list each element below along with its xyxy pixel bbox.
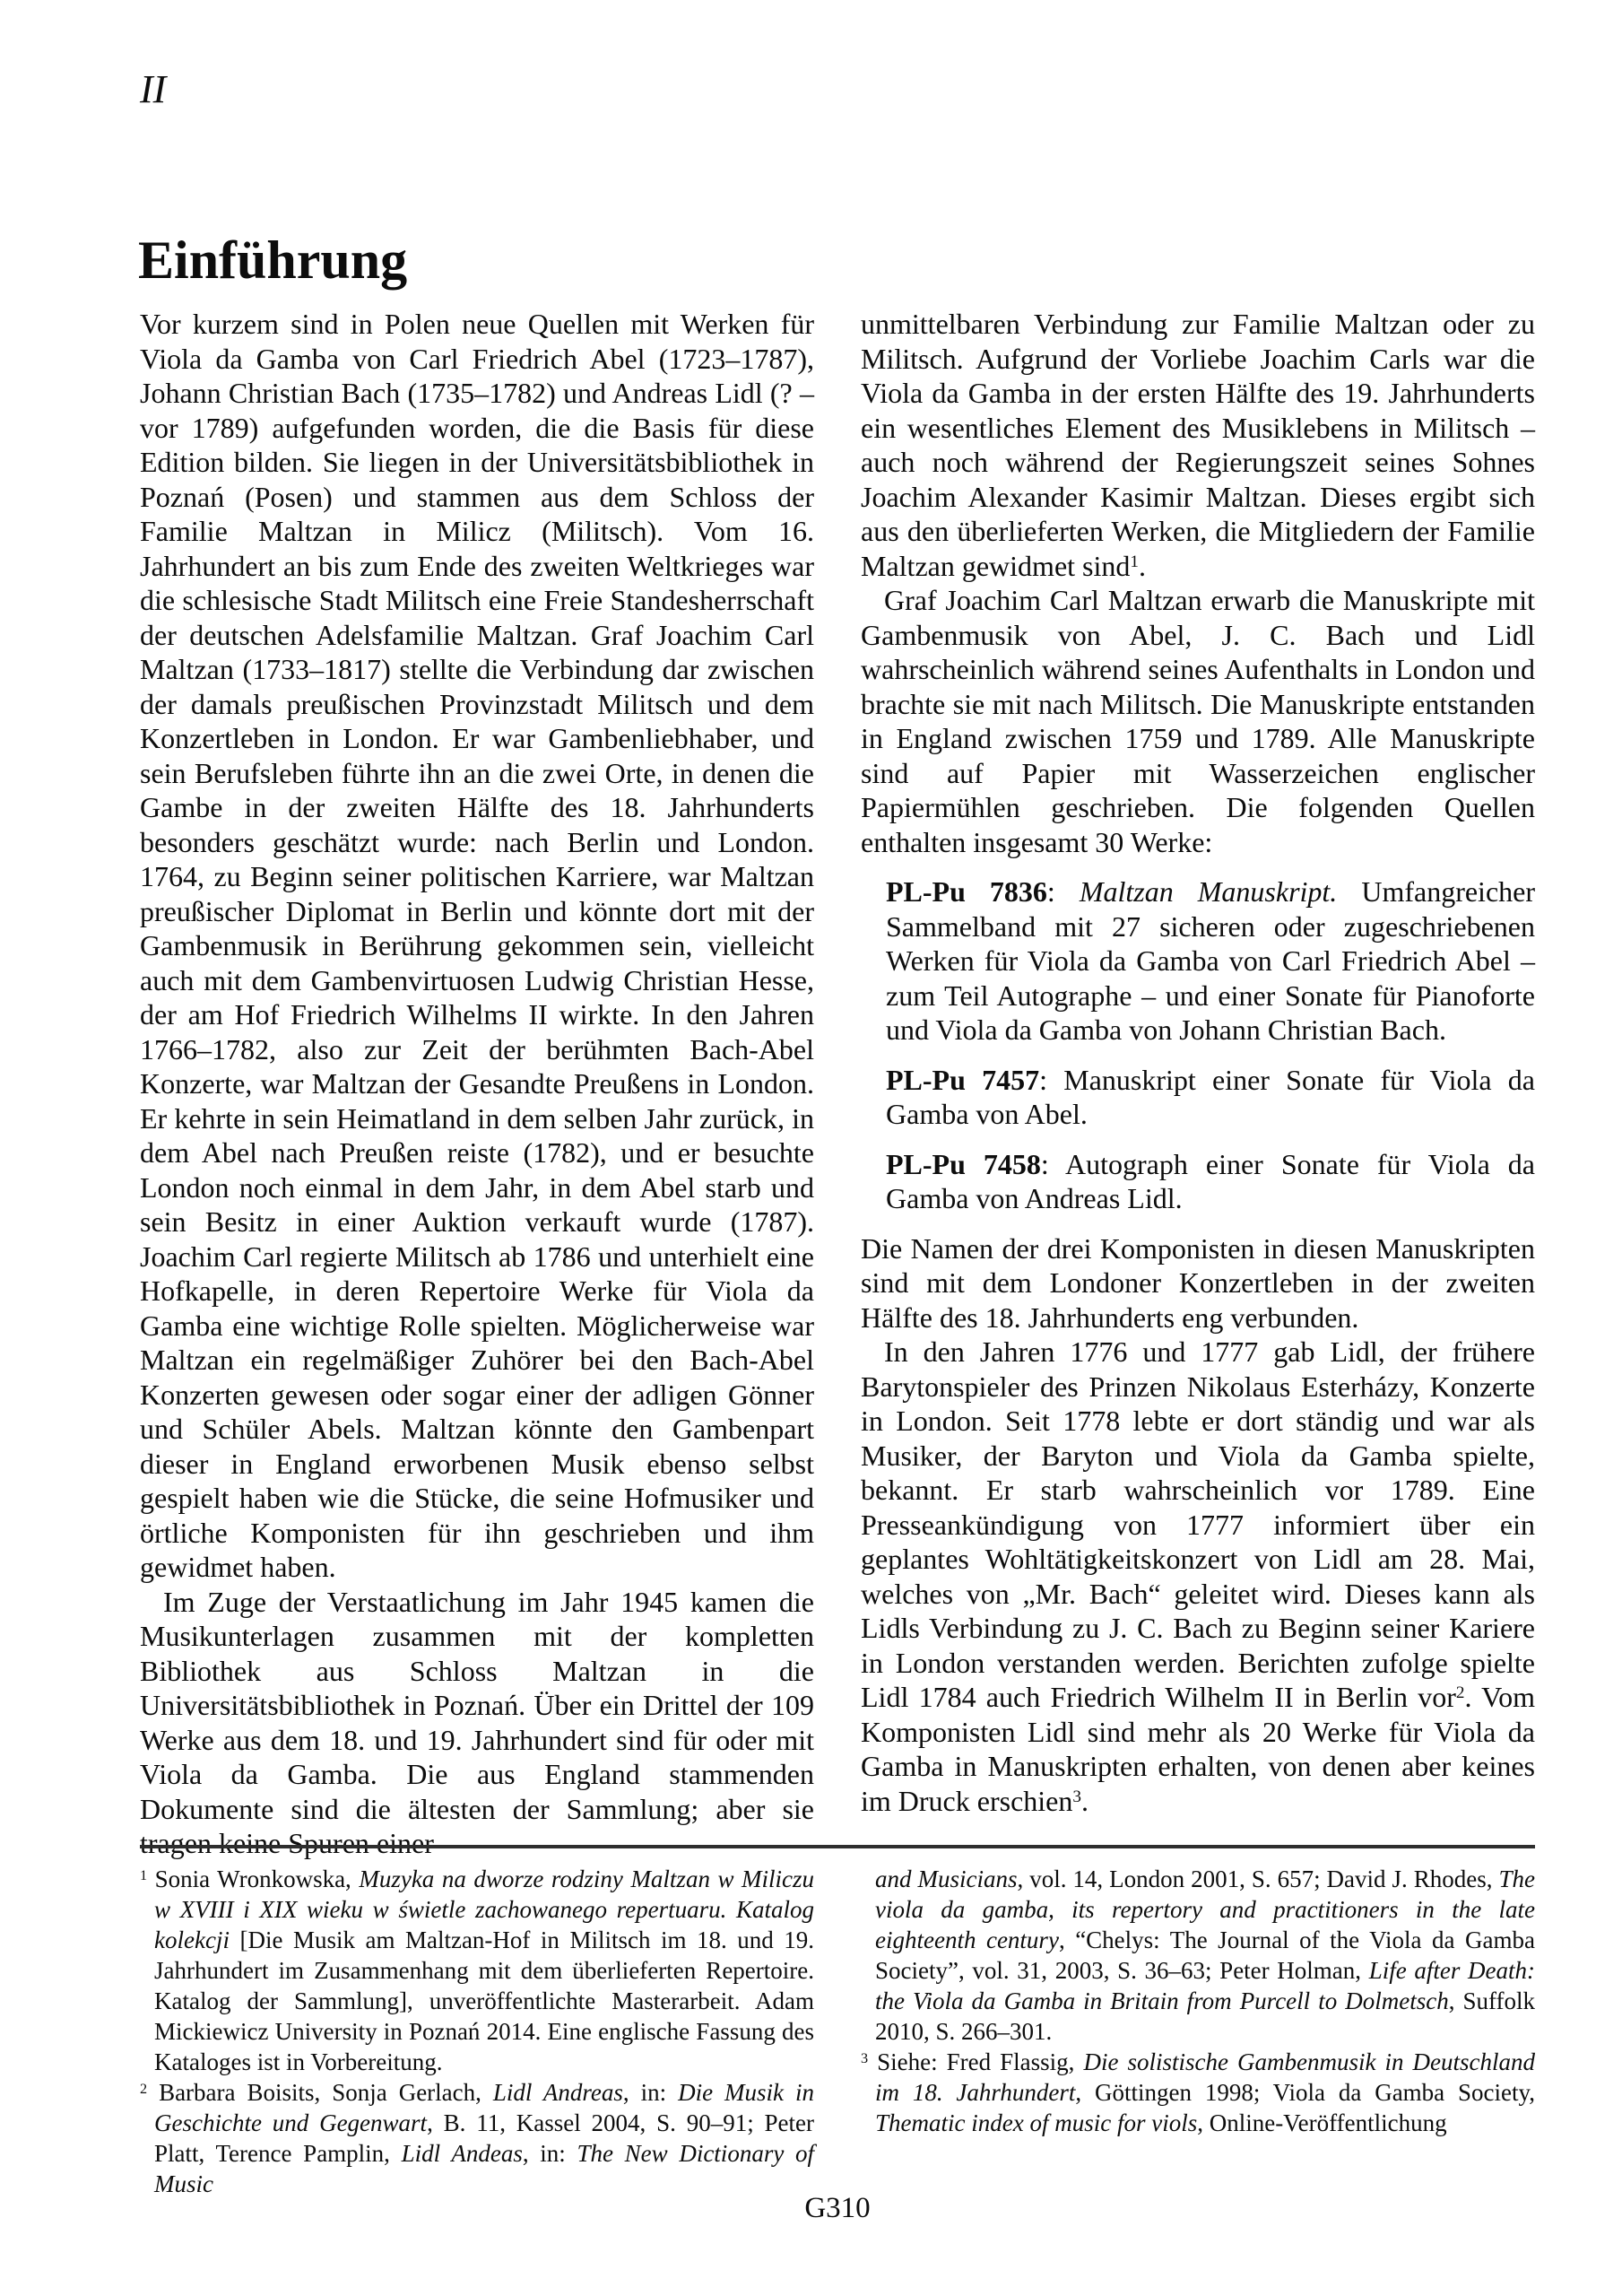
paragraph: unmittelbaren Verbindung zur Familie Mal…: [861, 307, 1535, 583]
text-column-left: Vor kurzem sind in Polen neue Quellen mi…: [140, 307, 814, 1861]
page-number-roman: II: [140, 70, 166, 109]
footnote-column-left: 1 Sonia Wronkowska, Muzyka na dworze rod…: [140, 1864, 814, 2199]
footnote-3: 3 Siehe: Fred Flassig, Die solistische G…: [861, 2047, 1535, 2138]
paragraph: Die Namen der drei Komponisten in diesen…: [861, 1231, 1535, 1335]
footnote-column-right: and Musicians, vol. 14, London 2001, S. …: [861, 1864, 1535, 2138]
page-title: Einführung: [138, 233, 407, 287]
paragraph: In den Jahren 1776 und 1777 gab Lidl, de…: [861, 1335, 1535, 1818]
paragraph: Im Zuge der Verstaatlichung im Jahr 1945…: [140, 1585, 814, 1861]
source-entry-pl-pu-7836: PL-Pu 7836: Maltzan Manuskript. Umfangre…: [861, 874, 1535, 1048]
paragraph: Vor kurzem sind in Polen neue Quellen mi…: [140, 307, 814, 1585]
plate-number: G310: [140, 2194, 1535, 2223]
paragraph: Graf Joachim Carl Maltzan erwarb die Man…: [861, 583, 1535, 859]
footnote-2-continuation: and Musicians, vol. 14, London 2001, S. …: [861, 1864, 1535, 2047]
source-entry-pl-pu-7458: PL-Pu 7458: Autograph einer Sonate für V…: [861, 1147, 1535, 1216]
footnote-divider: [140, 1845, 1535, 1848]
footnote-2: 2 Barbara Boisits, Sonja Gerlach, Lidl A…: [140, 2077, 814, 2199]
source-entry-pl-pu-7457: PL-Pu 7457: Manuskript einer Sonate für …: [861, 1063, 1535, 1132]
text-column-right: unmittelbaren Verbindung zur Familie Mal…: [861, 307, 1535, 1818]
footnote-1: 1 Sonia Wronkowska, Muzyka na dworze rod…: [140, 1864, 814, 2077]
document-page: II Einführung Vor kurzem sind in Polen n…: [0, 0, 1622, 2296]
